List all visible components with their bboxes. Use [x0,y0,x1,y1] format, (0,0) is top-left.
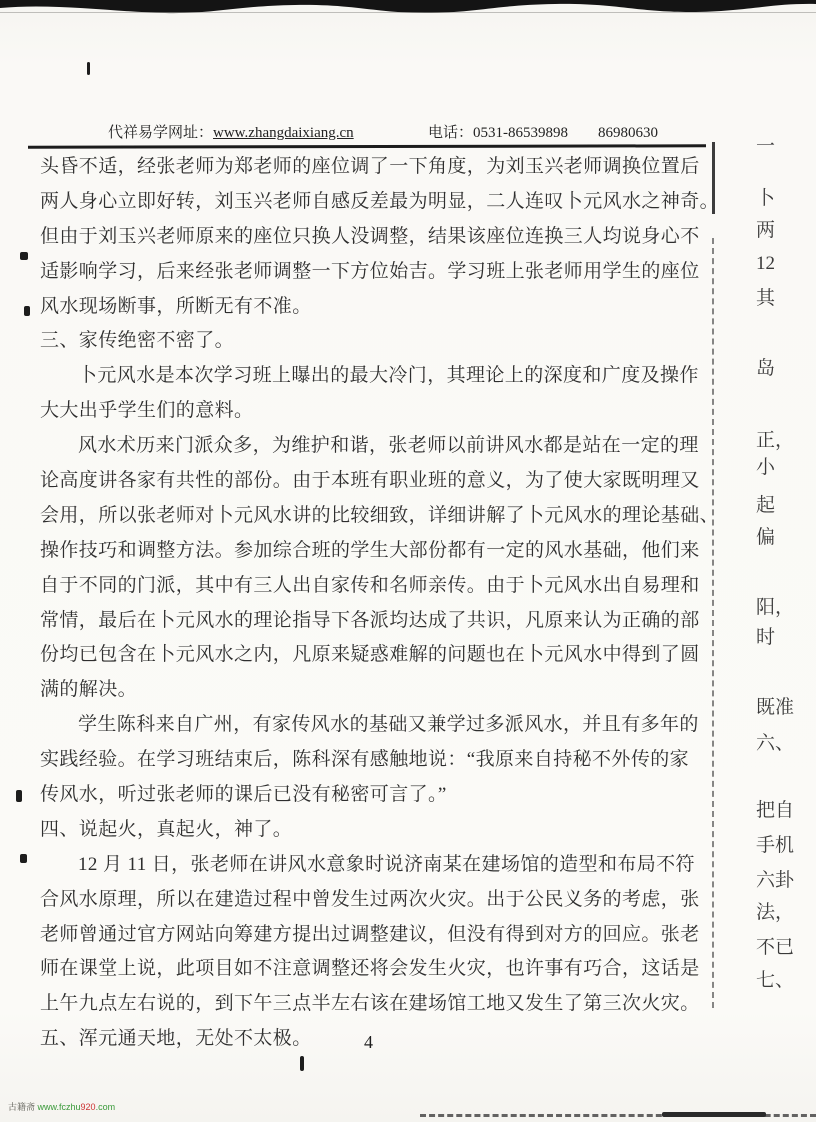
ink-speck [20,854,27,863]
page-number: 4 [364,1032,373,1053]
text-line: 三、家传绝密不密了。 [40,324,706,359]
text-line: 传风水，听过张老师的课后已没有秘密可言了。” [40,778,706,813]
adjacent-page-text-fragment: 不已 [756,935,814,961]
adjacent-page-text-fragment: 手机 [756,833,814,859]
text-line: 五、浑元通天地，无处不太极。 [40,1022,706,1057]
scan-edge-smudge [0,0,816,20]
header-phone: 电话：0531-86539898 86980630 [428,121,658,142]
text-line: 份均已包含在卜元风水之内，凡原来疑惑难解的问题也在卜元风水中得到了圆 [40,638,706,673]
website-label: 代祥易学网址： [108,125,213,141]
text-line: 实践经验。在学习班结束后，陈科深有感触地说：“我原来自持秘不外传的家 [40,743,706,778]
header-divider [28,144,706,148]
adjacent-page-text-fragment: 偏 [756,525,814,551]
text-line: 师在课堂上说，此项目如不注意调整还将会发生火灾，也许事有巧合，这话是 [40,952,706,987]
body-text: 头昏不适，经张老师为郑老师的座位调了一下角度，为刘玉兴老师调换位置后两人身心立即… [40,150,706,1057]
watermark-url-prefix: www.fczhu [38,1102,81,1112]
text-line: 风水现场断事，所断无有不准。 [40,290,706,325]
adjacent-page-text-fragment: 两 [756,218,814,244]
adjacent-page-text-fragment: 既准 [756,695,814,721]
ink-speck [16,790,22,802]
adjacent-page-text-fragment: 阳， [756,595,814,621]
header-website: 代祥易学网址：www.zhangdaixiang.cn [108,121,354,142]
text-line: 自于不同的门派，其中有三人出自家传和名师亲传。由于卜元风水出自易理和 [40,569,706,604]
ink-speck [24,306,30,316]
ink-speck [20,252,28,260]
text-line: 大大出乎学生们的意料。 [40,394,706,429]
adjacent-page-text-fragment: 把自 [756,798,814,824]
adjacent-page-text-fragment: 12 [756,251,814,277]
adjacent-page-text-fragment: 六、 [756,731,814,757]
scanned-document-page: 代祥易学网址：www.zhangdaixiang.cn 电话：0531-8653… [0,0,816,1122]
adjacent-page-text-fragment: 起 [756,493,814,519]
page-fold-dashes [712,238,714,1008]
text-line: 常情，最后在卜元风水的理论指导下各派均达成了共识，凡原来认为正确的部 [40,604,706,639]
text-line: 两人身心立即好转，刘玉兴老师自感反差最为明显，二人连叹卜元风水之神奇。 [40,185,706,220]
text-line: 合风水原理，所以在建造过程中曾发生过两次火灾。出于公民义务的考虑，张 [40,883,706,918]
adjacent-page-text-fragment: 一 [756,134,814,160]
scan-bottom-blob [662,1112,766,1117]
text-line: 风水术历来门派众多，为维护和谐，张老师以前讲风水都是站在一定的理 [40,429,706,464]
phone-numbers: 0531-86539898 86980630 [473,125,658,141]
adjacent-page-text-fragment: 岛 [756,356,814,382]
text-line: 论高度讲各家有共性的部份。由于本班有职业班的意义，为了使大家既明理又 [40,464,706,499]
watermark-url-suffix: .com [96,1102,116,1112]
adjacent-page-text-fragment: 小 [756,455,814,481]
text-line: 老师曾通过官方网站向筹建方提出过调整建议，但没有得到对方的回应。张老 [40,918,706,953]
text-line: 操作技巧和调整方法。参加综合班的学生大部份都有一定的风水基础，他们来 [40,534,706,569]
text-line: 适影响学习，后来经张老师调整一下方位始吉。学习班上张老师用学生的座位 [40,255,706,290]
watermark-name: 古籍斋 [8,1102,38,1112]
text-line: 满的解决。 [40,673,706,708]
text-line: 学生陈科来自广州，有家传风水的基础又兼学过多派风水，并且有多年的 [40,708,706,743]
adjacent-page-text-fragment: 其 [756,286,814,312]
page-fold-line [712,142,715,214]
text-line: 但由于刘玉兴老师原来的座位只换人没调整，结果该座位连换三人均说身心不 [40,220,706,255]
adjacent-page-text-fragment: 七、 [756,968,814,994]
adjacent-page-text-fragment: 法， [756,900,814,926]
text-line: 头昏不适，经张老师为郑老师的座位调了一下角度，为刘玉兴老师调换位置后 [40,150,706,185]
watermark-url-mid: 920 [81,1102,96,1112]
text-line: 上午九点左右说的，到下午三点半左右该在建场馆工地又发生了第三次火灾。 [40,987,706,1022]
ink-speck [87,62,90,75]
watermark: 古籍斋 www.fczhu920.com [8,1100,115,1113]
text-line: 卜元风水是本次学习班上曝出的最大冷门，其理论上的深度和广度及操作 [40,359,706,394]
adjacent-page-text-fragment: 正， [756,428,814,454]
adjacent-page-text-fragment: 时 [756,625,814,651]
phone-label: 电话： [428,125,473,141]
ink-speck [300,1056,304,1071]
adjacent-page-text-fragment: 卜 [756,186,814,212]
adjacent-page-text-fragment: 六卦 [756,868,814,894]
website-url: www.zhangdaixiang.cn [213,125,354,141]
text-line: 会用，所以张老师对卜元风水讲的比较细致，详细讲解了卜元风水的理论基础、 [40,499,706,534]
text-line: 四、说起火，真起火，神了。 [40,813,706,848]
text-line: 12 月 11 日，张老师在讲风水意象时说济南某在建场馆的造型和布局不符 [40,848,706,883]
